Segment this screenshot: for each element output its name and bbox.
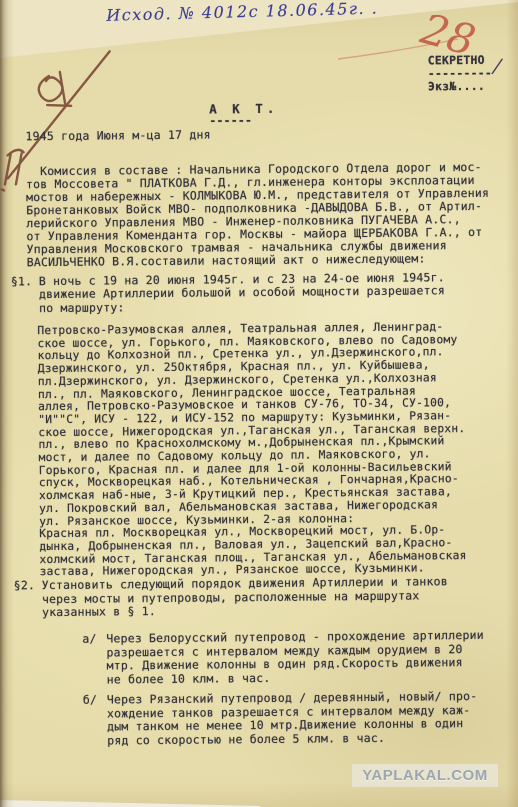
list-item-b: б/ Через Рязанский путепровод / деревянн… xyxy=(83,690,478,748)
section-2: §2. Установить следующий порядок движени… xyxy=(14,575,448,620)
item-b-label: б/ xyxy=(83,693,108,747)
item-a-body: Через Белорусский путепровод - прохожден… xyxy=(106,629,484,687)
route-paragraph: Петровско-Разумовская аллея, Театральная… xyxy=(37,321,467,579)
date-line: 1945 года Июня м-ца 17 дня xyxy=(25,127,210,143)
section-1: §1. В ночь с 19 на 20 июня 1945г. и с 23… xyxy=(11,271,445,315)
stamp-copy-label: Экз№.... xyxy=(428,80,492,94)
item-b-body: Через Рязанский путепровод / деревянный,… xyxy=(107,690,478,748)
item-a-label: а/ xyxy=(82,632,107,686)
typed-content-layer: Исход. № 4012с 18.06.45г. . 28 СЕКРЕТНО … xyxy=(0,0,518,807)
scanned-document-page: Исход. № 4012с 18.06.45г. . 28 СЕКРЕТНО … xyxy=(0,0,518,807)
section-2-label: §2. xyxy=(14,579,42,620)
handwritten-slash-mark: / xyxy=(493,59,501,73)
commission-paragraph: Комиссия в составе : Начальника Городско… xyxy=(26,161,490,269)
section-1-label: §1. xyxy=(11,275,39,315)
list-item-a: а/ Через Белорусский путепровод - прохож… xyxy=(82,629,484,687)
watermark-badge: YAPLAKAL.COM xyxy=(352,764,498,787)
handwritten-outgoing-number: Исход. № 4012с 18.06.45г. . xyxy=(106,0,378,25)
secrecy-stamp: СЕКРЕТНО --------- Экз№.... / xyxy=(428,54,492,94)
section-2-body: Установить следующий порядок движения Ар… xyxy=(42,575,448,619)
section-1-body: В ночь с 19 на 20 июня 1945г. и с 23 на … xyxy=(39,271,445,315)
title-underline: ------ xyxy=(209,113,252,127)
